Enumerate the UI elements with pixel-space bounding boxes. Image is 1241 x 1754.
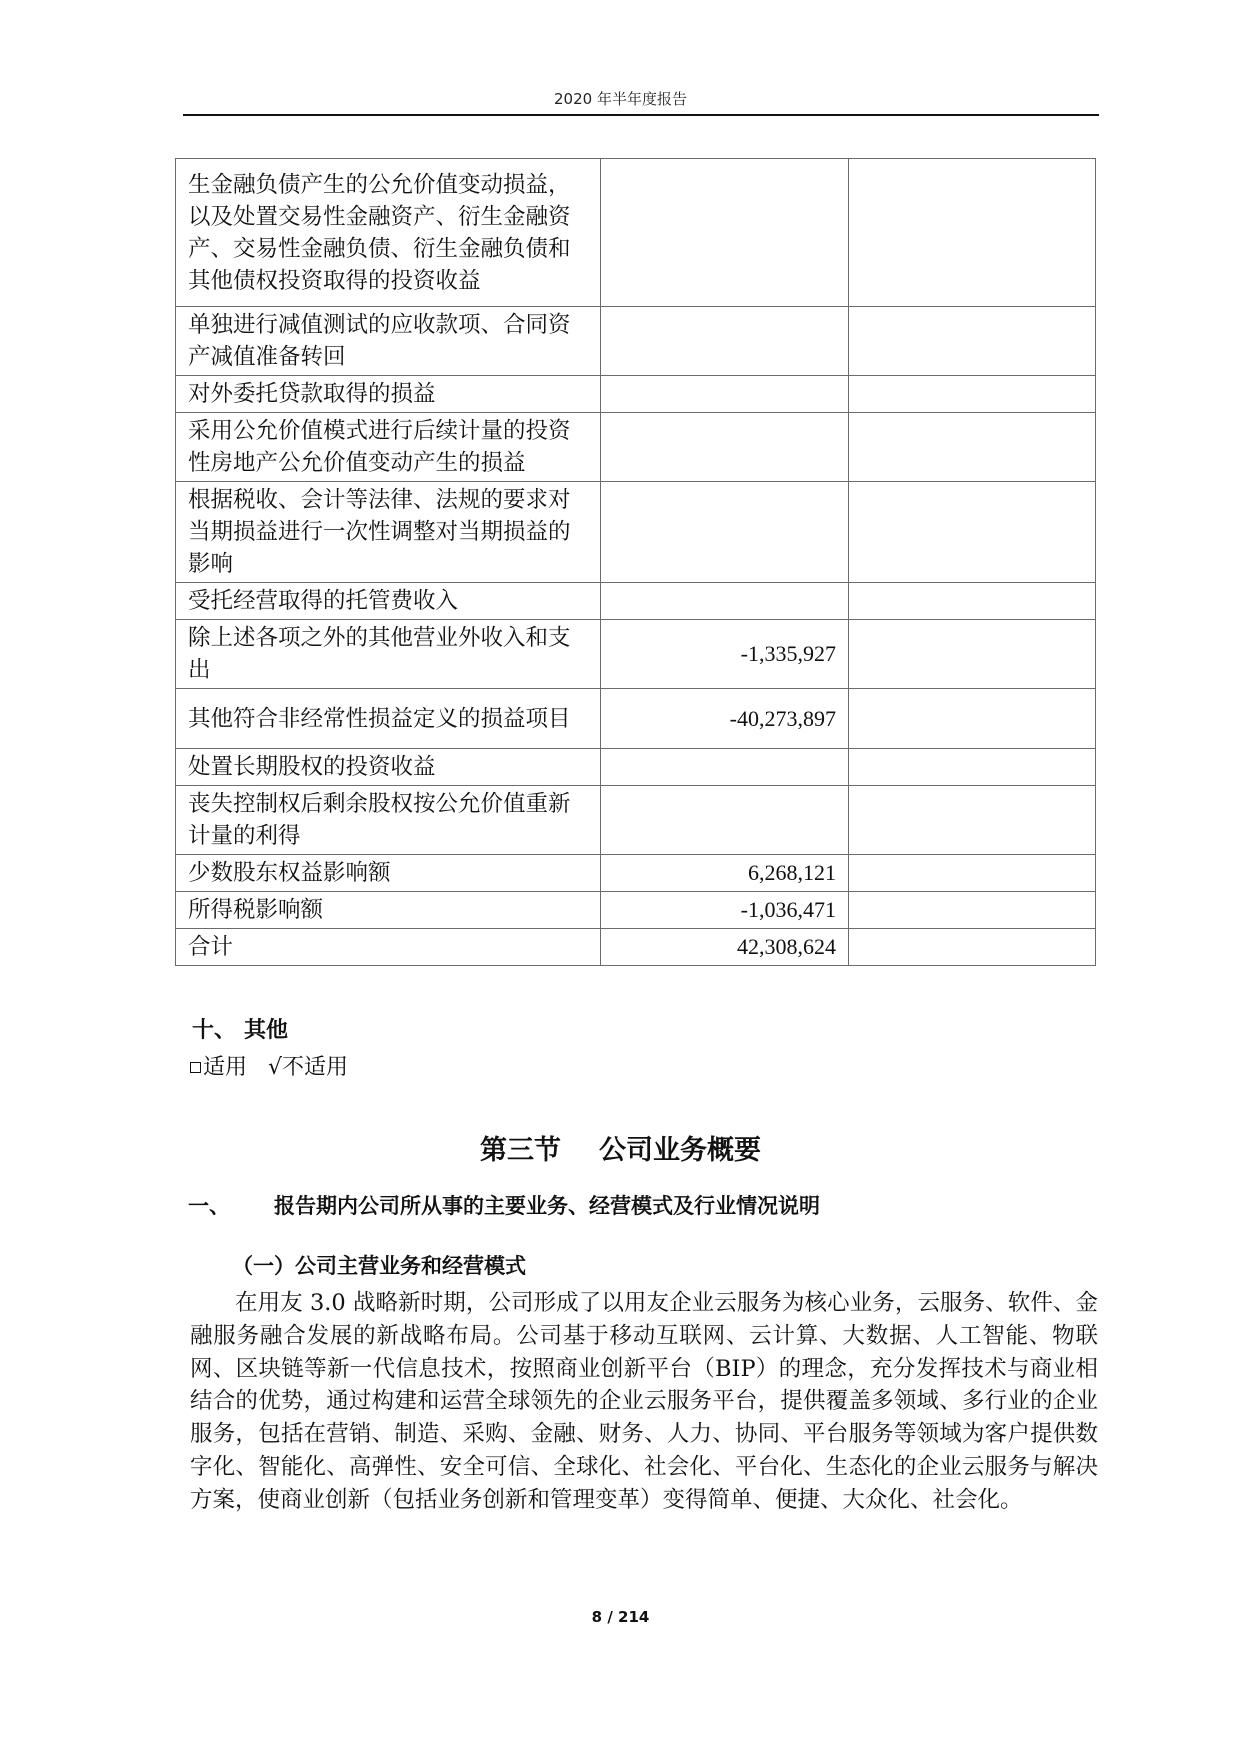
table-row: 对外委托贷款取得的损益 (176, 376, 1096, 413)
row-note (849, 855, 1096, 892)
report-header-title: 2020 年半年度报告 (0, 88, 1241, 109)
row-label: 少数股东权益影响额 (176, 855, 601, 892)
heading-level-2: （一）公司主营业务和经营模式 (232, 1250, 526, 1280)
row-note (849, 159, 1096, 307)
table-row: 受托经营取得的托管费收入 (176, 583, 1096, 620)
table-row: 所得税影响额 -1,036,471 (176, 892, 1096, 929)
row-label: 受托经营取得的托管费收入 (176, 583, 601, 620)
row-amount: -40,273,897 (601, 689, 849, 749)
body-paragraph: 在用友 3.0 战略新时期，公司形成了以用友企业云服务为核心业务，云服务、软件、… (190, 1287, 1098, 1517)
row-amount (601, 786, 849, 855)
table-row: 丧失控制权后剩余股权按公允价值重新计量的利得 (176, 786, 1096, 855)
row-label: 处置长期股权的投资收益 (176, 749, 601, 786)
table-row: 生金融负债产生的公允价值变动损益，以及处置交易性金融资产、衍生金融资产、交易性金… (176, 159, 1096, 307)
row-note (849, 620, 1096, 689)
row-amount (601, 413, 849, 482)
table-row: 其他符合非经常性损益定义的损益项目 -40,273,897 (176, 689, 1096, 749)
chapter-number: 第三节 (480, 1135, 561, 1166)
row-label: 合计 (176, 929, 601, 966)
option-not-applicable: 不适用 (282, 1055, 348, 1080)
row-amount: -1,036,471 (601, 892, 849, 929)
section-number: 十、 (192, 1013, 244, 1044)
row-label: 采用公允价值模式进行后续计量的投资性房地产公允价值变动产生的损益 (176, 413, 601, 482)
section-title: 其他 (244, 1013, 288, 1044)
row-note (849, 929, 1096, 966)
table-row: 根据税收、会计等法律、法规的要求对当期损益进行一次性调整对当期损益的影响 (176, 482, 1096, 583)
row-amount (601, 376, 849, 413)
heading-number: 一、 (188, 1190, 274, 1220)
row-note (849, 307, 1096, 376)
row-amount (601, 482, 849, 583)
section-heading-other: 十、其他 (192, 1013, 288, 1044)
row-amount (601, 159, 849, 307)
row-label: 丧失控制权后剩余股权按公允价值重新计量的利得 (176, 786, 601, 855)
row-note (849, 583, 1096, 620)
non-recurring-gains-table: 生金融负债产生的公允价值变动损益，以及处置交易性金融资产、衍生金融资产、交易性金… (175, 158, 1096, 966)
row-note (849, 413, 1096, 482)
row-amount (601, 749, 849, 786)
row-label: 生金融负债产生的公允价值变动损益，以及处置交易性金融资产、衍生金融资产、交易性金… (176, 159, 601, 307)
applicability-options: 适用 √不适用 (190, 1050, 348, 1081)
table-row-total: 合计 42,308,624 (176, 929, 1096, 966)
table-row: 除上述各项之外的其他营业外收入和支出 -1,335,927 (176, 620, 1096, 689)
row-amount: 6,268,121 (601, 855, 849, 892)
row-label: 其他符合非经常性损益定义的损益项目 (176, 689, 601, 749)
page-number: 8 / 214 (0, 1608, 1241, 1626)
unchecked-box-icon (190, 1062, 201, 1073)
row-label: 对外委托贷款取得的损益 (176, 376, 601, 413)
row-note (849, 786, 1096, 855)
row-amount: -1,335,927 (601, 620, 849, 689)
row-amount (601, 583, 849, 620)
row-note (849, 689, 1096, 749)
row-label: 除上述各项之外的其他营业外收入和支出 (176, 620, 601, 689)
row-amount (601, 307, 849, 376)
chapter-name: 公司业务概要 (599, 1135, 761, 1166)
row-note (849, 749, 1096, 786)
row-note (849, 892, 1096, 929)
table-row: 处置长期股权的投资收益 (176, 749, 1096, 786)
row-amount: 42,308,624 (601, 929, 849, 966)
heading-level-1: 一、报告期内公司所从事的主要业务、经营模式及行业情况说明 (188, 1190, 820, 1220)
row-note (849, 482, 1096, 583)
table-row: 单独进行减值测试的应收款项、合同资产减值准备转回 (176, 307, 1096, 376)
chapter-title: 第三节公司业务概要 (0, 1128, 1241, 1167)
option-applicable: 适用 (203, 1055, 247, 1080)
table-row: 少数股东权益影响额 6,268,121 (176, 855, 1096, 892)
table-row: 采用公允价值模式进行后续计量的投资性房地产公允价值变动产生的损益 (176, 413, 1096, 482)
row-note (849, 376, 1096, 413)
row-label: 单独进行减值测试的应收款项、合同资产减值准备转回 (176, 307, 601, 376)
heading-text: 报告期内公司所从事的主要业务、经营模式及行业情况说明 (274, 1194, 820, 1218)
row-label: 所得税影响额 (176, 892, 601, 929)
row-label: 根据税收、会计等法律、法规的要求对当期损益进行一次性调整对当期损益的影响 (176, 482, 601, 583)
header-divider (183, 114, 1099, 116)
checkmark-icon: √ (268, 1055, 282, 1080)
